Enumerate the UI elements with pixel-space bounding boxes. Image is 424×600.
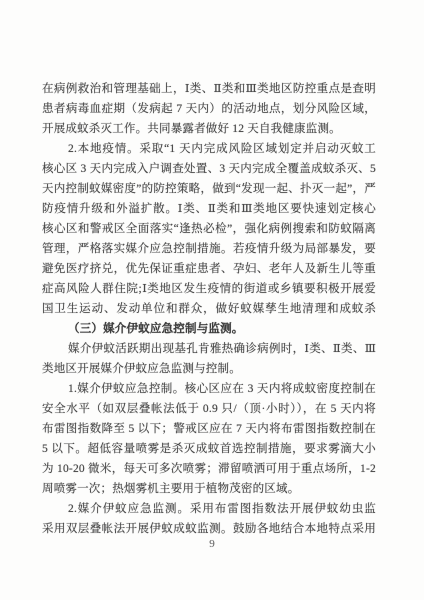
document-page: 在病例救治和管理基础上，Ⅰ类、Ⅱ类和Ⅲ类地区防控重点是查明 患者病毒血症期（发病… [0,0,424,600]
text-line: 5 以下。超低容量喷雾是杀灭成蚊首选控制措施，要求雾滴大小 [42,439,376,459]
text-line: 管理，严格落实媒介应急控制措施。若疫情升级为局部暴发，要 [42,239,376,259]
text-line: 布雷图指数降至 5 以下；警戒区应在 7 天内将布雷图指数控制在 [42,419,376,439]
text-line: 周喷雾一次；热烟雾机主要用于植物茂密的区域。 [42,479,376,499]
text-line: 天内控制蚊媒密度”的防控策略，做到“发现一起、扑灭一起”，严 [42,179,376,199]
text-line: 症高风险人群住院;Ⅰ类地区发生疫情的街道或乡镇要积极开展爱 [42,279,376,299]
text-line: 2.本地疫情。采取“1 天内完成风险区域划定并启动灭蚊工作， [42,139,376,159]
text-line: 国卫生运动、发动单位和群众，做好蚊媒孳生地清理和成蚊杀灭。 [42,299,376,319]
text-line: 防疫情升级和外溢扩散。Ⅰ类、Ⅱ类和Ⅲ类地区要快速划定核心区， [42,199,376,219]
text-line: 1.媒介伊蚊应急控制。核心区应在 3 天内将成蚊密度控制在 [42,379,376,399]
text-line: 避免医疗挤兑，优先保证重症患者、孕妇、老年人及新生儿等重 [42,259,376,279]
text-line: 为 10-20 微米，每天可多次喷雾；滞留喷洒可用于重点场所，1-2 [42,459,376,479]
section-heading: （三）媒介伊蚊应急控制与监测。 [42,319,376,339]
text-line: 核心区 3 天内完成入户调查处置、3 天内完成全覆盖成蚊杀灭、5 [42,159,376,179]
text-line: 开展成蚊杀灭工作。共同暴露者做好 12 天自我健康监测。 [42,119,376,139]
text-line: 媒介伊蚊活跃期出现基孔肯雅热确诊病例时，Ⅰ类、Ⅱ类、Ⅲ [42,339,376,359]
text-line: 在病例救治和管理基础上，Ⅰ类、Ⅱ类和Ⅲ类地区防控重点是查明 [42,79,376,99]
page-number: 9 [0,538,424,550]
text-line: 核心区和警戒区全面落实“逢热必检”，强化病例搜索和防蚊隔离 [42,219,376,239]
text-line: 类地区开展媒介伊蚊应急监测与控制。 [42,359,376,379]
text-line: 患者病毒血症期（发病起 7 天内）的活动地点，划分风险区域， [42,99,376,119]
text-line: 安全水平（如双层叠帐法低于 0.9 只/（顶·小时）），在 5 天内将 [42,399,376,419]
text-line: 2.媒介伊蚊应急监测。采用布雷图指数法开展伊蚊幼虫监测， [42,499,376,519]
text-line: 采用双层叠帐法开展伊蚊成蚊监测。鼓励各地结合本地特点采用 [42,519,376,539]
text-block: 在病例救治和管理基础上，Ⅰ类、Ⅱ类和Ⅲ类地区防控重点是查明 患者病毒血症期（发病… [42,79,376,539]
